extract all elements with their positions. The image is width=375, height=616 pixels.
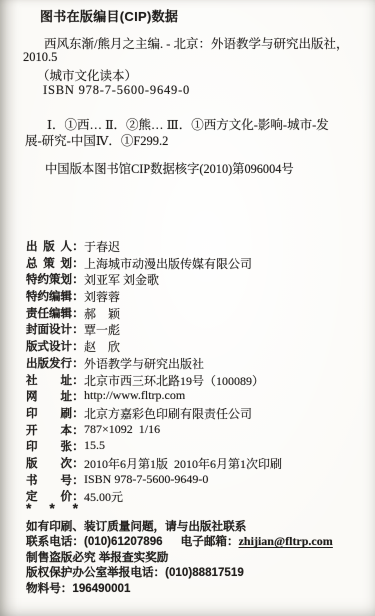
colophon-label: 责任编辑 (26, 305, 72, 321)
email-label: 电子邮箱： (181, 535, 239, 548)
colophon-row: 社址：北京市西三环北路19号（100089） (26, 372, 366, 389)
colophon-label: 版式设计 (26, 338, 72, 354)
colophon-value: 刘亚军 刘金歌 (84, 271, 159, 288)
quality-notice: 如有印刷、装订质量问题，请与出版社联系 (26, 518, 366, 533)
colophon-row: 网址：http://www.fltrp.com (26, 388, 366, 405)
colophon-row: 印刷：北京方嘉彩色印刷有限责任公司 (26, 405, 366, 422)
colophon-row: 特约策划：刘亚军 刘金歌 (26, 271, 366, 288)
material-number: 物料号：196490001 (26, 580, 366, 595)
colophon-label: 社址 (26, 372, 72, 388)
email-address: zhijian@fltrp.com (239, 534, 333, 548)
colophon-colon: ： (72, 305, 84, 321)
series-note: （城市文化读本） (37, 66, 137, 84)
colophon-value: 郝 颖 (84, 305, 120, 322)
colophon-label: 封面设计 (26, 321, 72, 337)
colophon-value: http://www.fltrp.com (84, 388, 185, 403)
colophon-colon: ： (72, 455, 84, 471)
cip-title: 图书在版编目(CIP)数据 (40, 6, 178, 25)
colophon-row: 印张：15.5 (26, 438, 366, 455)
colophon-label: 总策划 (26, 255, 72, 271)
separator-stars: * * * (26, 500, 78, 516)
colophon-value: 上海城市动漫出版传媒有限公司 (84, 255, 252, 272)
cip-record-number: 中国版本图书馆CIP数据核字(2010)第096004号 (45, 159, 294, 177)
colophon-value: 2010年6月第1版 2010年6月第1次印刷 (84, 455, 282, 472)
piracy-report-phone: 版权保护办公室举报电话：(010)88817519 (26, 564, 366, 579)
classification-line2: 展-研究-中国Ⅳ．①F299.2 (25, 131, 168, 149)
isbn-line: ISBN 978-7-5600-9649-0 (43, 83, 190, 98)
colophon-colon: ： (72, 355, 84, 371)
colophon-colon: ： (72, 238, 84, 254)
colophon-value: 45.00元 (84, 488, 123, 505)
cip-entry-line1: 西风东渐/熊月之主编. - 北京：外语教学与研究出版社， (44, 34, 349, 52)
colophon-row: 特约编辑：刘蓉蓉 (26, 288, 366, 305)
colophon-row: 封面设计：覃一彪 (26, 321, 366, 338)
colophon-value: 覃一彪 (84, 321, 120, 338)
colophon-label: 出版发行 (26, 355, 72, 371)
colophon-colon: ： (72, 422, 84, 438)
colophon-row: 出版发行：外语教学与研究出版社 (26, 355, 366, 372)
colophon-colon: ： (72, 288, 84, 304)
colophon-value: 于春迟 (84, 238, 120, 255)
contact-line: 联系电话：(010)61207896电子邮箱：zhijian@fltrp.com (26, 533, 366, 548)
colophon-row: 版次：2010年6月第1版 2010年6月第1次印刷 (26, 455, 366, 472)
colophon-row: 版式设计：赵 欣 (26, 338, 366, 355)
colophon-colon: ： (72, 405, 84, 421)
colophon-value: 外语教学与研究出版社 (84, 355, 204, 372)
colophon-value: ISBN 978-7-5600-9649-0 (84, 472, 208, 487)
colophon-colon: ： (72, 472, 84, 488)
colophon-value: 刘蓉蓉 (84, 288, 120, 305)
colophon-label: 书号 (26, 472, 72, 488)
colophon-label: 开本 (26, 422, 72, 438)
colophon-label: 特约策划 (26, 271, 72, 287)
colophon-row: 总策划：上海城市动漫出版传媒有限公司 (26, 255, 366, 272)
antipiracy-notice: 制售盗版必究 举报查实奖励 (26, 549, 366, 564)
colophon-row: 责任编辑：郝 颖 (26, 305, 366, 322)
colophon-label: 特约编辑 (26, 288, 72, 304)
colophon-label: 印张 (26, 438, 72, 454)
colophon-label: 版次 (26, 455, 72, 471)
colophon-colon: ： (72, 372, 84, 388)
colophon-row: 书号：ISBN 978-7-5600-9649-0 (26, 472, 366, 489)
colophon-list: 出版人：于春迟总策划：上海城市动漫出版传媒有限公司特约策划：刘亚军 刘金歌特约编… (26, 238, 366, 505)
book-copyright-page: 图书在版编目(CIP)数据 西风东渐/熊月之主编. - 北京：外语教学与研究出版… (0, 0, 375, 616)
colophon-label: 网址 (26, 388, 72, 404)
contact-phone: 联系电话：(010)61207896 (26, 535, 163, 548)
footer-block: 如有印刷、装订质量问题，请与出版社联系 联系电话：(010)61207896电子… (26, 518, 366, 595)
colophon-row: 开本：787×1092 1/16 (26, 422, 366, 439)
colophon-value: 15.5 (84, 438, 105, 453)
colophon-value: 北京方嘉彩色印刷有限责任公司 (84, 405, 252, 422)
cip-entry-line2: 2010.5 (23, 50, 57, 65)
colophon-colon: ： (72, 255, 84, 271)
colophon-colon: ： (72, 338, 84, 354)
colophon-value: 787×1092 1/16 (84, 422, 160, 437)
colophon-value: 北京市西三环北路19号（100089） (84, 372, 264, 389)
colophon-label: 出版人 (26, 238, 72, 254)
colophon-value: 赵 欣 (84, 338, 120, 355)
colophon-label: 印刷 (26, 405, 72, 421)
colophon-row: 出版人：于春迟 (26, 238, 366, 255)
colophon-colon: ： (72, 321, 84, 337)
colophon-colon: ： (72, 271, 84, 287)
colophon-colon: ： (72, 388, 84, 404)
colophon-colon: ： (72, 438, 84, 454)
